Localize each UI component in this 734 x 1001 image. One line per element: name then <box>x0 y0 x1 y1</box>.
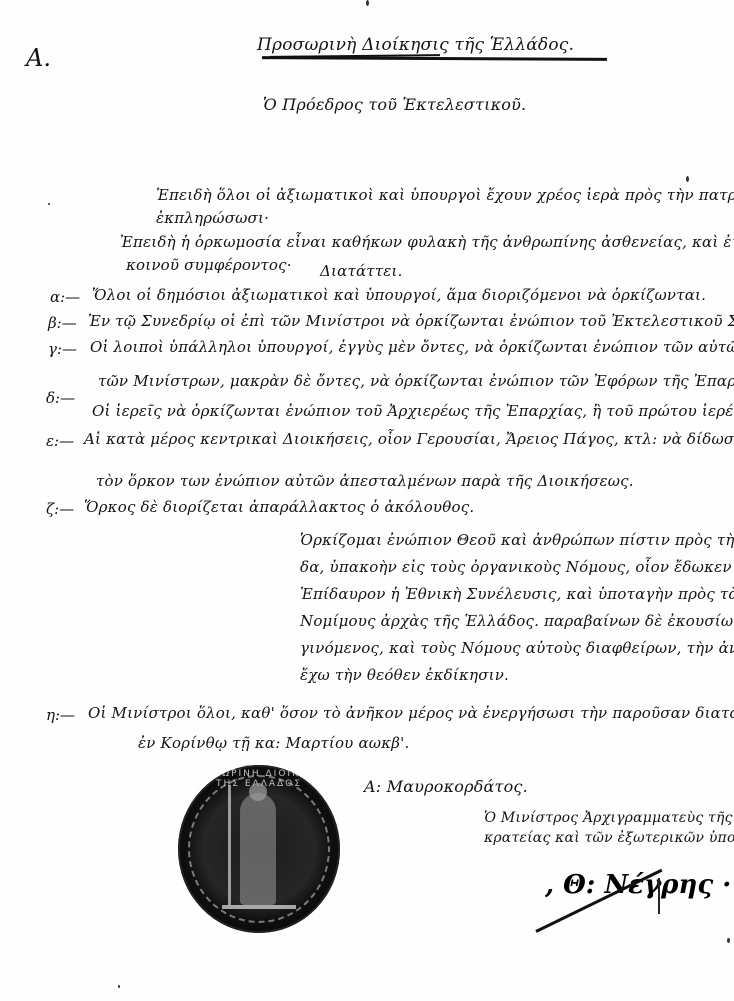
article-marker: ε:— <box>46 432 74 450</box>
article-text: Ἐν τῷ Συνεδρίῳ οἱ ἐπὶ τῶν Μινίστροι νὰ ὁ… <box>88 312 734 330</box>
preamble-line: ἐκπληρώσωσι· <box>156 209 269 227</box>
oath-line: Ἐπίδαυρον ἡ Ἐθνικὴ Συνέλευσις, καὶ ὑποτα… <box>300 581 734 608</box>
article-marker: η:— <box>46 706 75 724</box>
article-text: τῶν Μινίστρων, μακρὰν δὲ ὄντες, νὰ ὁρκίζ… <box>98 372 734 390</box>
oath-line: δα, ὑπακοὴν εἰς τοὺς ὀργανικοὺς Νόμους, … <box>300 554 734 581</box>
article-text: Αἱ κατὰ μέρος κεντρικαὶ Διοικήσεις, οἷον… <box>84 430 734 448</box>
signature-bar <box>658 878 660 914</box>
place-date: ἐν Κορίνθῳ τῇ κα: Μαρτίου αωκβ'. <box>138 734 409 752</box>
secretary-signature: , Θ: Νέγρης · <box>545 870 731 900</box>
scan-speck <box>118 985 120 988</box>
article-text: Οἱ ἱερεῖς νὰ ὁρκίζωνται ἐνώπιον τοῦ Ἀρχι… <box>92 402 734 420</box>
article-text: Οἱ Μινίστροι ὅλοι, καθ' ὅσον τὸ ἀνῆκον μ… <box>88 704 734 722</box>
oath-line: Νομίμους ἀρχὰς τῆς Ἑλλάδος. παραβαίνων δ… <box>300 608 734 635</box>
scan-speck <box>686 176 689 182</box>
article-text: Οἱ λοιποὶ ὑπάλληλοι ὑπουργοί, ἐγγὺς μὲν … <box>90 338 734 356</box>
document-page: A. Προσωρινὴ Διοίκησις τῆς Ἑλλάδος. Ὁ Πρ… <box>0 0 734 1001</box>
seal-image: ΠΡΟΣΩΡΙΝΗ ΔΙΟΙΚΗΣΙΣ ΤΗΣ ΕΛΛΑΔΟΣ <box>178 765 340 933</box>
decrees-label: Διατάττει. <box>320 262 403 280</box>
article-text: τὸν ὅρκον των ἐνώπιον αὐτῶν ἀπεσταλμένων… <box>96 472 634 490</box>
article-marker: γ:— <box>48 340 77 358</box>
seal-staff <box>228 785 231 905</box>
president-signature: Α: Μαυροκορδάτος. <box>364 777 528 796</box>
seal-figure <box>240 793 276 905</box>
secretary-title: Ὁ Μινίστρος Ἀρχιγραμματεὺς τῆς Ἐπι- <box>484 810 734 826</box>
preamble-line: κοινοῦ συμφέροντος· <box>126 256 292 274</box>
article-text: Ὅλοι οἱ δημόσιοι ἀξιωματικοὶ καὶ ὑπουργο… <box>92 286 706 304</box>
section-letter: A. <box>26 44 51 72</box>
oath-line: ἔχω τὴν θεόθεν ἐκδίκησιν. <box>300 662 734 689</box>
scan-speck <box>727 938 730 943</box>
scan-speck <box>366 0 369 6</box>
preamble-line: Ἐπειδὴ ὅλοι οἱ ἀξιωματικοὶ καὶ ὑπουργοὶ … <box>156 186 734 204</box>
oath-line: Ὁρκίζομαι ἐνώπιον Θεοῦ καὶ ἀνθρώπων πίστ… <box>300 527 734 554</box>
preamble-line: Ἐπειδὴ ἡ ὁρκωμοσία εἶναι καθήκων φυλακὴ … <box>120 233 734 251</box>
article-marker: β:— <box>48 314 77 332</box>
oath-line: γινόμενος, καὶ τοὺς Νόμους αὐτοὺς διαφθε… <box>300 635 734 662</box>
oath-block: Ὁρκίζομαι ἐνώπιον Θεοῦ καὶ ἀνθρώπων πίστ… <box>300 527 734 689</box>
seal-base <box>222 905 296 909</box>
article-marker: ζ:— <box>46 500 74 518</box>
article-marker: α:— <box>50 288 80 306</box>
article-marker: δ:— <box>46 389 75 407</box>
document-title: Προσωρινὴ Διοίκησις τῆς Ἑλλάδος. <box>257 35 574 55</box>
article-text: Ὅρκος δὲ διορίζεται ἀπαράλλακτος ὁ ἀκόλο… <box>84 498 474 516</box>
document-subtitle: Ὁ Πρόεδρος τοῦ Ἐκτελεστικοῦ. <box>263 95 526 114</box>
scan-speck <box>48 203 50 205</box>
secretary-title: κρατείας καὶ τῶν ἐξωτερικῶν ὑποθέσ. <box>484 830 734 846</box>
